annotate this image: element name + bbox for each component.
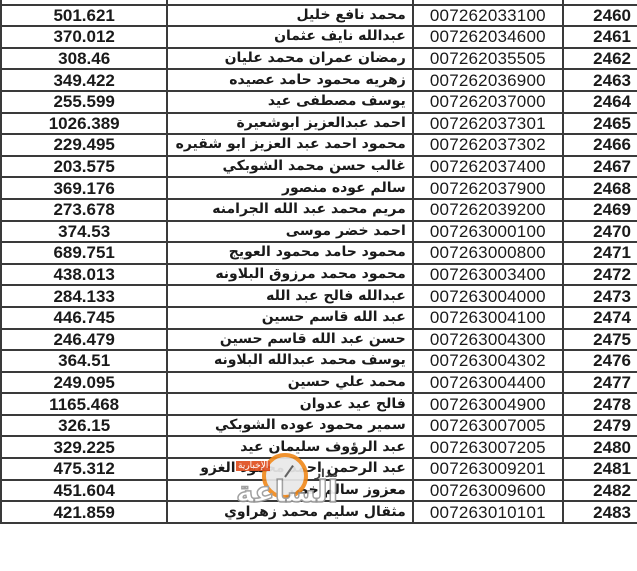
account-number-cell: 007263004400 [413,372,563,394]
amount-cell: 374.53 [1,221,167,243]
table-row: 374.53احمد خضر موسى0072630001002470 [1,221,637,243]
account-number-cell: 007263000100 [413,221,563,243]
amount-cell: 1026.389 [1,113,167,135]
table-row: 451.604معزوز سالم خضر0072630096002482 [1,480,637,502]
name-cell: سمير محمود عوده الشوبكي [167,415,412,437]
account-number-cell: 007262035505 [413,48,563,70]
account-number-cell: 007262037302 [413,134,563,156]
account-number-cell: 007263009600 [413,480,563,502]
account-number-cell: 007263004100 [413,307,563,329]
table-row: 229.495محمود احمد عبد العزيز ابو شقيره00… [1,134,637,156]
table-row: 364.51يوسف محمد عبدالله البلاونه00726300… [1,350,637,372]
index-cell: 2465 [563,113,637,135]
index-cell: 2467 [563,156,637,178]
index-cell: 2473 [563,285,637,307]
account-number-cell: 007263004302 [413,350,563,372]
account-number-cell: 007263000800 [413,242,563,264]
account-number-cell: 007262037400 [413,156,563,178]
name-cell: رمضان عمران محمد عليان [167,48,412,70]
name-cell: عبدالله فالح عبد الله [167,285,412,307]
name-cell: احمد خضر موسى [167,221,412,243]
name-cell: محمد علي حسين [167,372,412,394]
amount-cell: 203.575 [1,156,167,178]
amount-cell: 370.012 [1,26,167,48]
index-cell: 2478 [563,393,637,415]
table-row: 246.479حسن عبد الله قاسم حسين00726300430… [1,329,637,351]
table-row: 1026.389احمد عبدالعزيز ابوشعيرة007262037… [1,113,637,135]
table-row: 369.176سالم عوده منصور0072620379002468 [1,177,637,199]
amount-cell: 273.678 [1,199,167,221]
table-row: 438.013محمود محمد مرزوق البلاونه00726300… [1,264,637,286]
amount-cell: 369.176 [1,177,167,199]
index-cell: 2479 [563,415,637,437]
table-row: 421.859مثقال سليم محمد زهراوي00726301010… [1,501,637,523]
account-number-cell: 007263009201 [413,458,563,480]
amount-cell: 284.133 [1,285,167,307]
name-cell: فالح عيد عدوان [167,393,412,415]
table-row: 308.46رمضان عمران محمد عليان007262035505… [1,48,637,70]
table-row: 249.095محمد علي حسين0072630044002477 [1,372,637,394]
name-cell: مثقال سليم محمد زهراوي [167,501,412,523]
index-cell: 2461 [563,26,637,48]
records-table-container: 501.621محمد نافع خليل0072620331002460370… [0,0,637,524]
name-cell: يوسف محمد عبدالله البلاونه [167,350,412,372]
account-number-cell: 007263004900 [413,393,563,415]
name-cell: زهريه محمود حامد عصيده [167,69,412,91]
account-number-cell: 007262037000 [413,91,563,113]
index-cell: 2464 [563,91,637,113]
name-cell: معزوز سالم خضر [167,480,412,502]
table-row: 370.012عبدالله نايف عثمان007262034600246… [1,26,637,48]
amount-cell: 446.745 [1,307,167,329]
index-cell: 2481 [563,458,637,480]
amount-cell: 308.46 [1,48,167,70]
name-cell: حسن عبد الله قاسم حسين [167,329,412,351]
account-number-cell: 007263010101 [413,501,563,523]
amount-cell: 475.312 [1,458,167,480]
account-number-cell: 007263004300 [413,329,563,351]
index-cell: 2460 [563,5,637,27]
amount-cell: 229.495 [1,134,167,156]
account-number-cell: 007263003400 [413,264,563,286]
account-number-cell: 007262037900 [413,177,563,199]
name-cell: سالم عوده منصور [167,177,412,199]
amount-cell: 349.422 [1,69,167,91]
amount-cell: 421.859 [1,501,167,523]
account-number-cell: 007263007205 [413,436,563,458]
name-cell: غالب حسن محمد الشوبكي [167,156,412,178]
amount-cell: 501.621 [1,5,167,27]
index-cell: 2466 [563,134,637,156]
index-cell: 2463 [563,69,637,91]
index-cell: 2462 [563,48,637,70]
account-number-cell: 007262034600 [413,26,563,48]
name-cell: احمد عبدالعزيز ابوشعيرة [167,113,412,135]
amount-cell: 364.51 [1,350,167,372]
name-cell: يوسف مصطفى عيد [167,91,412,113]
records-table: 501.621محمد نافع خليل0072620331002460370… [0,0,637,524]
amount-cell: 326.15 [1,415,167,437]
account-number-cell: 007262036900 [413,69,563,91]
table-row: 255.599يوسف مصطفى عيد0072620370002464 [1,91,637,113]
table-row: 284.133عبدالله فالح عبد الله007263004000… [1,285,637,307]
account-number-cell: 007263004000 [413,285,563,307]
amount-cell: 438.013 [1,264,167,286]
table-row: 273.678مريم محمد عبد الله الجرامنه007262… [1,199,637,221]
table-row: 349.422زهريه محمود حامد عصيده00726203690… [1,69,637,91]
amount-cell: 255.599 [1,91,167,113]
table-row: 326.15سمير محمود عوده الشوبكي00726300700… [1,415,637,437]
index-cell: 2476 [563,350,637,372]
index-cell: 2472 [563,264,637,286]
account-number-cell: 007262033100 [413,5,563,27]
name-cell: عبدالله نايف عثمان [167,26,412,48]
name-cell: محمود محمد مرزوق البلاونه [167,264,412,286]
index-cell: 2471 [563,242,637,264]
table-row: 501.621محمد نافع خليل0072620331002460 [1,5,637,27]
index-cell: 2469 [563,199,637,221]
index-cell: 2475 [563,329,637,351]
name-cell: محمود حامد محمود العويج [167,242,412,264]
name-cell: محمود احمد عبد العزيز ابو شقيره [167,134,412,156]
amount-cell: 246.479 [1,329,167,351]
index-cell: 2468 [563,177,637,199]
index-cell: 2470 [563,221,637,243]
name-cell: عبد الله قاسم حسين [167,307,412,329]
name-cell: عبد الرؤوف سليمان عيد [167,436,412,458]
amount-cell: 329.225 [1,436,167,458]
table-row: 475.312عبد الرحمن احمد محمود الغزو007263… [1,458,637,480]
table-row: 1165.468فالح عيد عدوان0072630049002478 [1,393,637,415]
index-cell: 2482 [563,480,637,502]
table-row: 329.225عبد الرؤوف سليمان عيد007263007205… [1,436,637,458]
amount-cell: 249.095 [1,372,167,394]
index-cell: 2480 [563,436,637,458]
amount-cell: 689.751 [1,242,167,264]
account-number-cell: 007263007005 [413,415,563,437]
name-cell: مريم محمد عبد الله الجرامنه [167,199,412,221]
name-cell: عبد الرحمن احمد محمود الغزو [167,458,412,480]
index-cell: 2477 [563,372,637,394]
account-number-cell: 007262037301 [413,113,563,135]
amount-cell: 451.604 [1,480,167,502]
amount-cell: 1165.468 [1,393,167,415]
name-cell: محمد نافع خليل [167,5,412,27]
index-cell: 2474 [563,307,637,329]
table-row: 203.575غالب حسن محمد الشوبكي007262037400… [1,156,637,178]
records-table-body: 501.621محمد نافع خليل0072620331002460370… [1,0,637,523]
index-cell: 2483 [563,501,637,523]
table-row: 689.751محمود حامد محمود العويج0072630008… [1,242,637,264]
table-row: 446.745عبد الله قاسم حسين007263004100247… [1,307,637,329]
account-number-cell: 007262039200 [413,199,563,221]
